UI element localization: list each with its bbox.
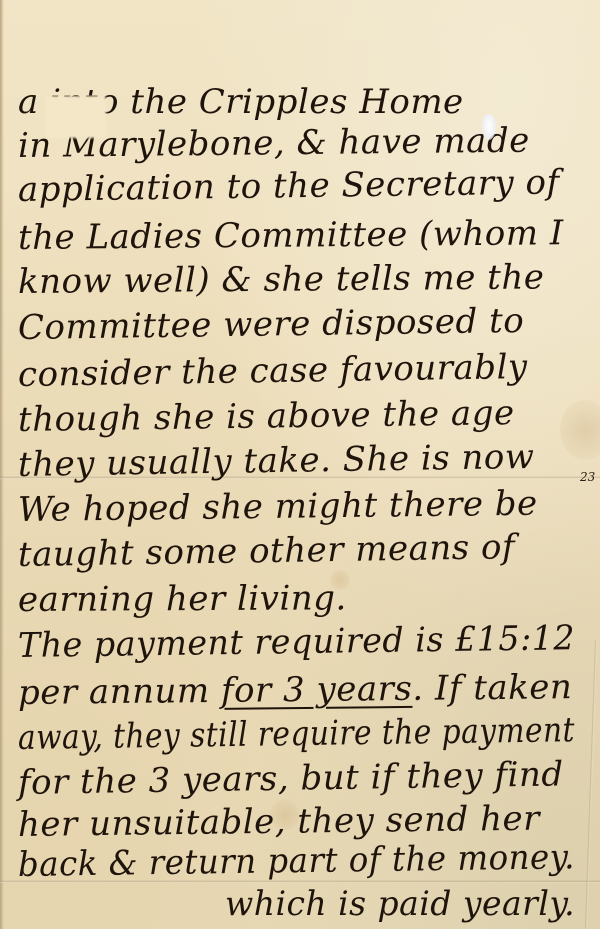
letter-line: for the 3 years, but if they find [18, 754, 564, 803]
letter-line: away, they still require the payment [18, 710, 575, 758]
letter-line: know well) & she tells me the [18, 257, 545, 302]
letter-line: back & return part of the money. [18, 837, 575, 885]
underlined-phrase: for 3 years [221, 669, 413, 711]
letter-line: consider the case favourably [18, 347, 528, 395]
letter-line: earning her living. [18, 578, 347, 620]
line-text: . If taken [412, 667, 572, 709]
letter-line: they usually take. She is now [18, 437, 535, 485]
letter-line: which is paid yearly. [225, 884, 575, 924]
margin-note: 23 [580, 470, 595, 484]
paper-edge [0, 0, 4, 929]
letter-line: taught some other means of [18, 527, 516, 575]
letter-line: application to the Secretary of [18, 162, 560, 210]
letter-line: though she is above the age [18, 393, 515, 440]
paper-stain [560, 400, 600, 460]
letter-line: Committee were disposed to [18, 301, 525, 348]
letter-line: We hoped she might there be [18, 484, 538, 530]
edge-crease [585, 640, 597, 929]
letter-line: the Ladies Committee (whom I [18, 213, 564, 258]
letter-line: The payment required is £15:12 [18, 618, 576, 666]
letter-page: a into the Cripples Home in Marylebone, … [0, 0, 600, 929]
redaction-patch [46, 96, 106, 138]
letter-line: per annum for 3 years. If taken [18, 667, 573, 713]
line-text: per annum [18, 671, 221, 713]
